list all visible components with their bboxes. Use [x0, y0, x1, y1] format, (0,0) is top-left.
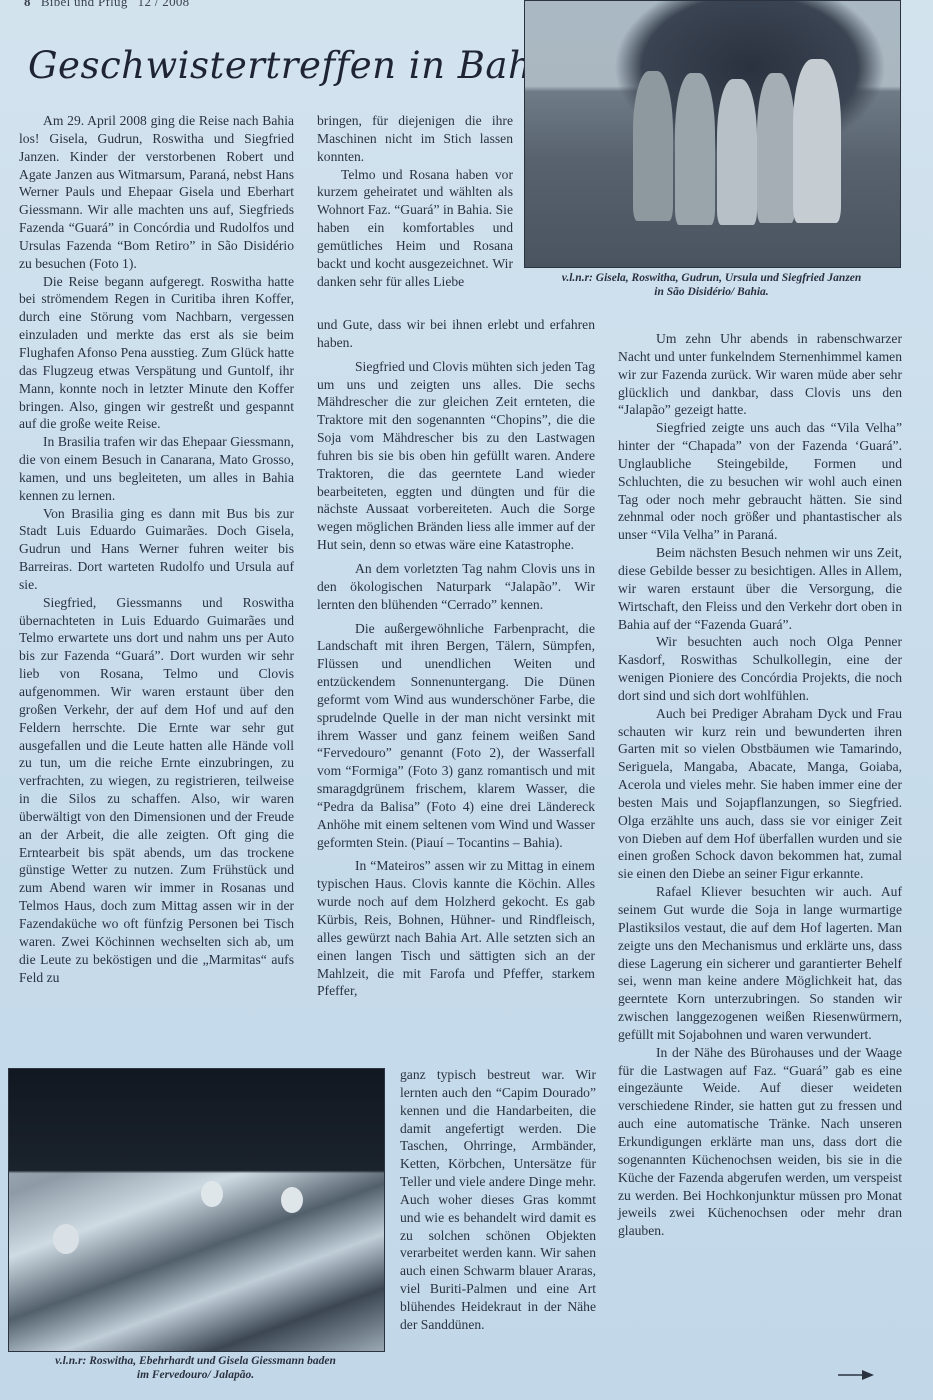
person-head [281, 1187, 303, 1213]
paragraph: An dem vorletzten Tag nahm Clovis uns in… [317, 560, 595, 614]
running-head: 8Bibel und Pflug12 / 2008 [24, 0, 199, 10]
article-title: Geschwistertreffen in Bahia [28, 44, 567, 87]
person-figure [757, 73, 795, 223]
photo-caption: v.l.n.r: Roswitha, Ebehrhardt und Gisela… [8, 1354, 383, 1382]
paragraph: Siegfried und Clovis mühten sich jeden T… [317, 358, 595, 554]
person-figure [675, 73, 715, 225]
swimming-photo [8, 1068, 385, 1352]
column-3: Um zehn Uhr abends in rabenschwarzer Nac… [618, 330, 902, 1240]
person-figure [717, 79, 757, 225]
paragraph: Siegfried zeigte uns auch das “Vila Velh… [618, 419, 902, 544]
caption-line: im Fervedouro/ Jalapão. [8, 1368, 383, 1382]
paragraph: In der Nähe des Bürohauses und der Waage… [618, 1044, 902, 1240]
person-head [53, 1224, 79, 1254]
person-figure [793, 59, 841, 223]
paragraph: Die Reise begann aufgeregt. Roswitha hat… [19, 273, 294, 434]
paragraph: ganz typisch bestreut war. Wir lernten a… [400, 1066, 596, 1334]
paragraph: bringen, für diejenigen die ihre Maschin… [317, 112, 513, 166]
column-2-narrow: bringen, für diejenigen die ihre Maschin… [317, 112, 513, 290]
caption-line: in São Disidério/ Bahia. [524, 285, 899, 299]
photo-caption: v.l.n.r: Gisela, Roswitha, Gudrun, Ursul… [524, 271, 899, 299]
paragraph: Siegfried, Giessmanns und Roswitha übern… [19, 594, 294, 987]
person-head [201, 1181, 223, 1207]
caption-line: v.l.n.r: Gisela, Roswitha, Gudrun, Ursul… [524, 271, 899, 285]
column-2: und Gute, dass wir bei ihnen erlebt und … [317, 316, 595, 1000]
page-number: 8 [24, 0, 31, 9]
paragraph: Von Brasilia ging es dann mit Bus bis zu… [19, 505, 294, 594]
column-1: Am 29. April 2008 ging die Reise nach Ba… [19, 112, 294, 986]
paragraph: und Gute, dass wir bei ihnen erlebt und … [317, 316, 595, 352]
person-figure [633, 71, 673, 221]
magazine-page: 8Bibel und Pflug12 / 2008 Geschwistertre… [0, 0, 933, 1400]
paragraph: Die außergewöhnliche Farbenpracht, die L… [317, 620, 595, 852]
arrow-right-icon [838, 1370, 874, 1380]
publication-name: Bibel und Pflug [41, 0, 128, 9]
paragraph: Am 29. April 2008 ging die Reise nach Ba… [19, 112, 294, 273]
column-2-bottom: ganz typisch bestreut war. Wir lernten a… [400, 1066, 596, 1334]
paragraph: Beim nächsten Besuch nehmen wir uns Zeit… [618, 544, 902, 633]
paragraph: In Brasilia trafen wir das Ehepaar Giess… [19, 433, 294, 504]
issue-date: 12 / 2008 [138, 0, 190, 9]
paragraph: Um zehn Uhr abends in rabenschwarzer Nac… [618, 330, 902, 419]
paragraph: Auch bei Prediger Abraham Dyck und Frau … [618, 705, 902, 883]
caption-line: v.l.n.r: Roswitha, Ebehrhardt und Gisela… [8, 1354, 383, 1368]
paragraph: Rafael Kliever besuchten wir auch. Auf s… [618, 883, 902, 1044]
paragraph: In “Mateiros” assen wir zu Mittag in ein… [317, 857, 595, 1000]
group-photo [524, 0, 901, 268]
paragraph: Telmo und Rosana haben vor kurzem geheir… [317, 166, 513, 291]
paragraph: Wir besuchten auch noch Olga Penner Kasd… [618, 633, 902, 704]
